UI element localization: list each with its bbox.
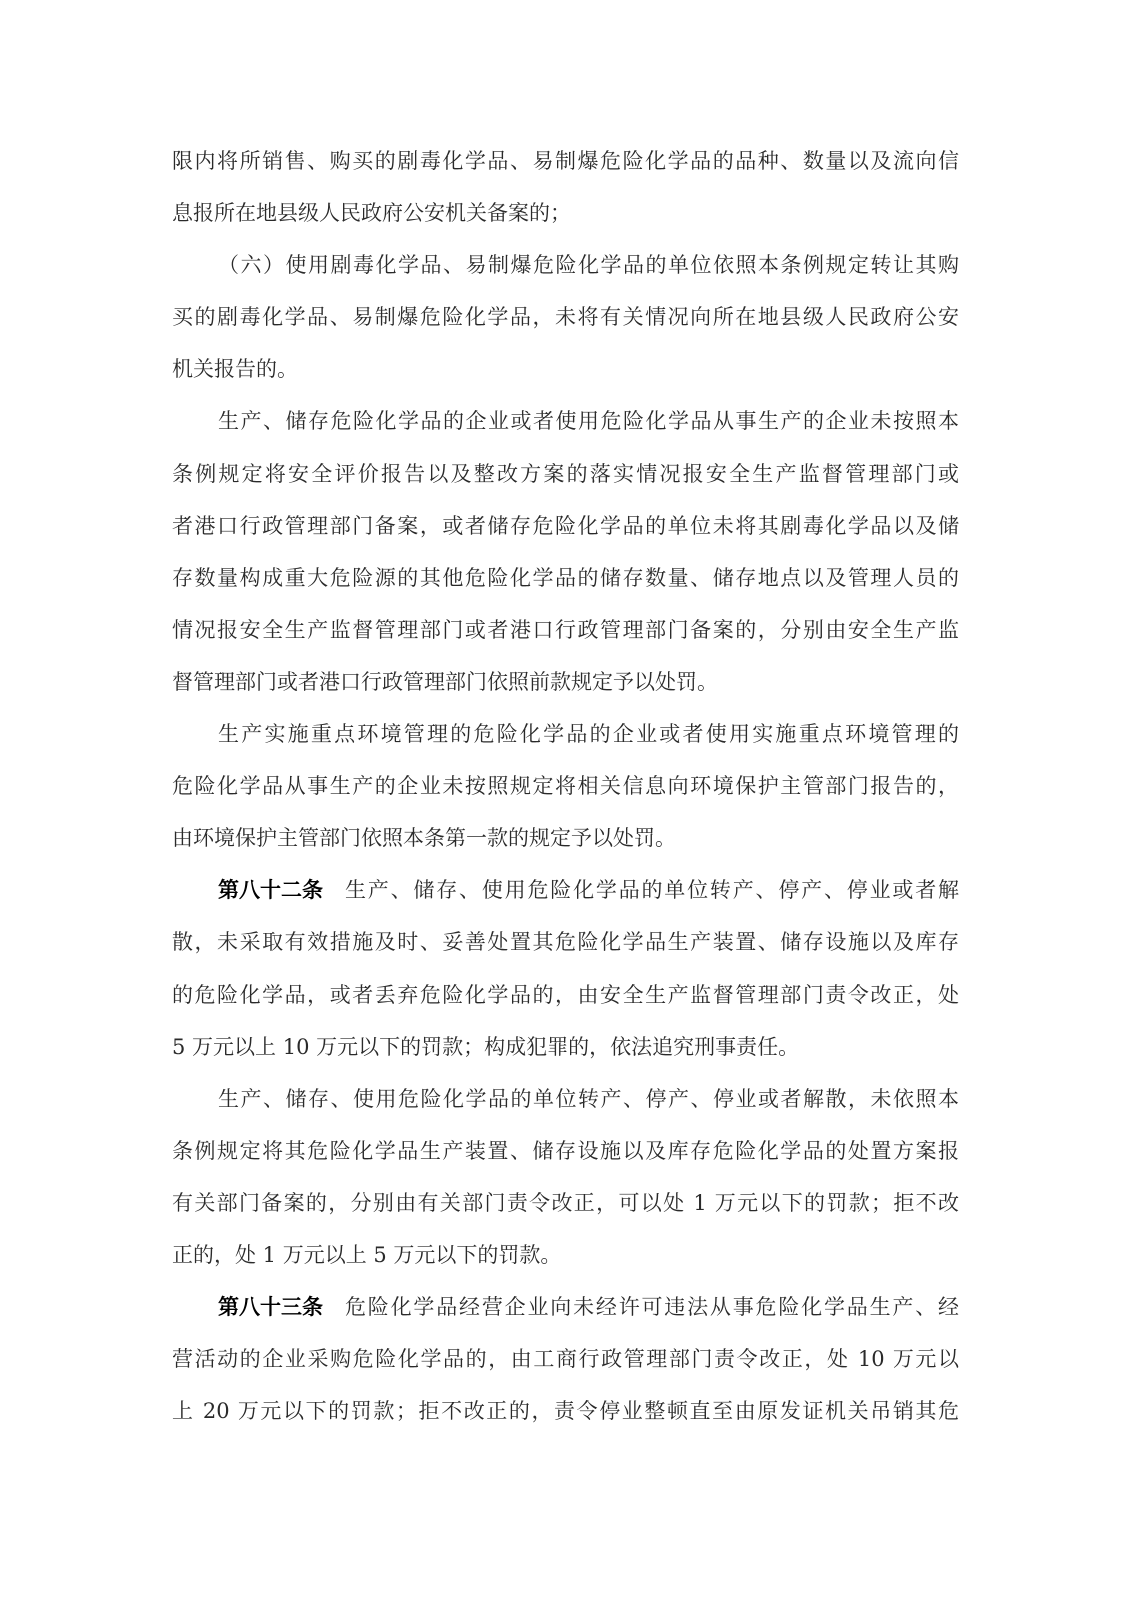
text-line: 存数量构成重大危险源的其他危险化学品的储存数量、储存地点以及管理人员的 — [172, 552, 959, 604]
text-line: 条例规定将安全评价报告以及整改方案的落实情况报安全生产监督管理部门或 — [172, 448, 959, 500]
text-line: 第八十三条 危险化学品经营企业向未经许可违法从事危险化学品生产、经 — [172, 1281, 959, 1333]
text-line: 有关部门备案的，分别由有关部门责令改正，可以处 1 万元以下的罚款；拒不改 — [172, 1177, 959, 1229]
text-line: 5 万元以上 10 万元以下的罚款；构成犯罪的，依法追究刑事责任。 — [172, 1021, 959, 1073]
text-line: 由环境保护主管部门依照本条第一款的规定予以处罚。 — [172, 812, 959, 864]
article-heading: 第八十三条 — [218, 1281, 323, 1333]
text-line: 上 20 万元以下的罚款；拒不改正的，责令停业整顿直至由原发证机关吊销其危 — [172, 1385, 959, 1437]
text-line: 者港口行政管理部门备案，或者储存危险化学品的单位未将其剧毒化学品以及储 — [172, 500, 959, 552]
text-line: 营活动的企业采购危险化学品的，由工商行政管理部门责令改正，处 10 万元以 — [172, 1333, 959, 1385]
text-line: 危险化学品从事生产的企业未按照规定将相关信息向环境保护主管部门报告的， — [172, 760, 959, 812]
document-body: 限内将所销售、购买的剧毒化学品、易制爆危险化学品的品种、数量以及流向信 息报所在… — [172, 135, 959, 1437]
paragraph-continuation: 限内将所销售、购买的剧毒化学品、易制爆危险化学品的品种、数量以及流向信 息报所在… — [172, 135, 959, 239]
article-83: 第八十三条 危险化学品经营企业向未经许可违法从事危险化学品生产、经 营活动的企业… — [172, 1281, 959, 1437]
text-line: 息报所在地县级人民政府公安机关备案的； — [172, 187, 959, 239]
text-line: 买的剧毒化学品、易制爆危险化学品，未将有关情况向所在地县级人民政府公安 — [172, 291, 959, 343]
document-page: 限内将所销售、购买的剧毒化学品、易制爆危险化学品的品种、数量以及流向信 息报所在… — [0, 0, 1132, 1600]
text-line: 生产实施重点环境管理的危险化学品的企业或者使用实施重点环境管理的 — [172, 708, 959, 760]
text-line: 条例规定将其危险化学品生产装置、储存设施以及库存危险化学品的处置方案报 — [172, 1125, 959, 1177]
text-line: 机关报告的。 — [172, 343, 959, 395]
text-line: 生产、储存危险化学品的企业或者使用危险化学品从事生产的企业未按照本 — [172, 395, 959, 447]
text-line: 限内将所销售、购买的剧毒化学品、易制爆危险化学品的品种、数量以及流向信 — [172, 135, 959, 187]
text-line: 情况报安全生产监督管理部门或者港口行政管理部门备案的，分别由安全生产监 — [172, 604, 959, 656]
paragraph-safety-report: 生产、储存危险化学品的企业或者使用危险化学品从事生产的企业未按照本 条例规定将安… — [172, 395, 959, 708]
paragraph-item-six: （六）使用剧毒化学品、易制爆危险化学品的单位依照本条例规定转让其购 买的剧毒化学… — [172, 239, 959, 395]
article-82: 第八十二条 生产、储存、使用危险化学品的单位转产、停产、停业或者解 散，未采取有… — [172, 864, 959, 1072]
article-heading: 第八十二条 — [218, 864, 323, 916]
paragraph-environment: 生产实施重点环境管理的危险化学品的企业或者使用实施重点环境管理的 危险化学品从事… — [172, 708, 959, 864]
text-line: 散，未采取有效措施及时、妥善处置其危险化学品生产装置、储存设施以及库存 — [172, 916, 959, 968]
text-line: （六）使用剧毒化学品、易制爆危险化学品的单位依照本条例规定转让其购 — [172, 239, 959, 291]
text-line: 督管理部门或者港口行政管理部门依照前款规定予以处罚。 — [172, 656, 959, 708]
paragraph-disposal-plan: 生产、储存、使用危险化学品的单位转产、停产、停业或者解散，未依照本 条例规定将其… — [172, 1073, 959, 1281]
text-line: 正的，处 1 万元以上 5 万元以下的罚款。 — [172, 1229, 959, 1281]
text-line: 的危险化学品，或者丢弃危险化学品的，由安全生产监督管理部门责令改正，处 — [172, 969, 959, 1021]
text-line: 生产、储存、使用危险化学品的单位转产、停产、停业或者解散，未依照本 — [172, 1073, 959, 1125]
text-line: 第八十二条 生产、储存、使用危险化学品的单位转产、停产、停业或者解 — [172, 864, 959, 916]
